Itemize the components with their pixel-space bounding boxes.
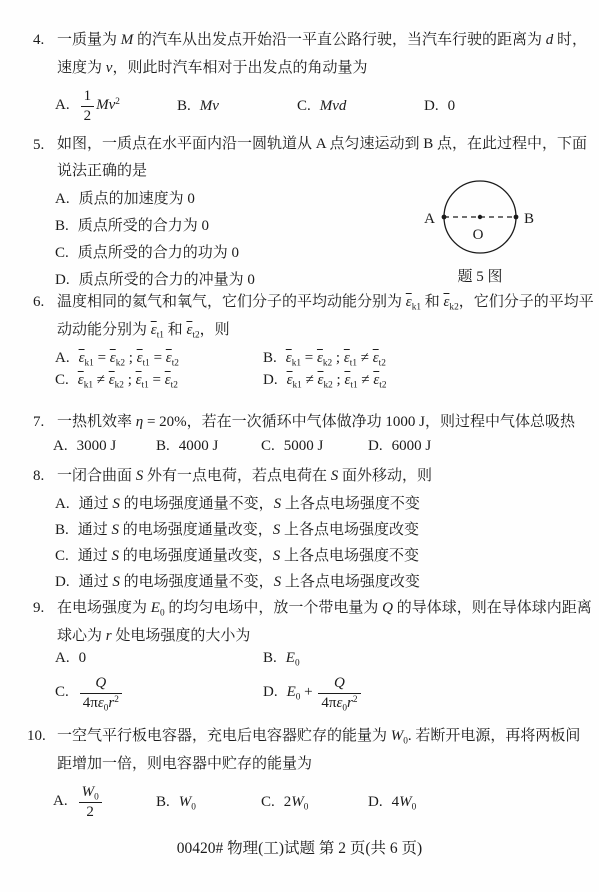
option-label: D. bbox=[263, 684, 278, 700]
page-footer: 00420# 物理(工)试题 第 2 页(共 6 页) bbox=[0, 836, 599, 858]
question-stem: 一空气平行板电容器，充电后电容器贮存的能量为 W0. 若断开电源，再将两板间 距… bbox=[57, 722, 571, 778]
stem-line: 一热机效率 η = 20%，若在一次循环中气体做净功 1000 J，则过程中气体… bbox=[57, 408, 571, 436]
question-stem: 一闭合曲面 S 外有一点电荷，若点电荷在 S 面外移动，则 bbox=[57, 462, 571, 490]
option-value: εk1 = εk2 ; εt1 = εt2 bbox=[79, 350, 179, 366]
option-c: C.Q4πε0r2 bbox=[55, 675, 263, 711]
option-label: A. bbox=[55, 350, 70, 366]
option-label: C. bbox=[55, 245, 69, 261]
option-label: A. bbox=[53, 793, 68, 809]
option-b: B.Mv bbox=[177, 98, 297, 115]
question-stem: 在电场强度为 E0 的均匀电场中，放一个带电量为 Q 的导体球，则在导体球内距离… bbox=[57, 594, 571, 650]
question-stem: 一热机效率 η = 20%，若在一次循环中气体做净功 1000 J，则过程中气体… bbox=[57, 408, 571, 436]
center-o-dot bbox=[478, 215, 482, 219]
option-value: 5000 J bbox=[284, 438, 324, 454]
option-label: D. bbox=[263, 372, 278, 388]
option-value: 通过 S 的电场强度通量改变，S 上各点电场强度改变 bbox=[78, 522, 419, 538]
option-label: B. bbox=[263, 350, 277, 366]
stem-line: 球心为 r 处电场强度的大小为 bbox=[57, 622, 571, 650]
option-label: B. bbox=[55, 522, 69, 538]
option-label: A. bbox=[55, 650, 70, 666]
options-row: A.12Mv2 B.Mv C.Mvd D.0 bbox=[55, 84, 599, 128]
stem-line: 一质量为 M 的汽车从出发点开始沿一平直公路行驶，当汽车行驶的距离为 d 时， bbox=[57, 26, 571, 54]
options-row: C.εk1 ≠ εk2 ; εt1 = εt2 D.εk1 ≠ εk2 ; εt… bbox=[55, 372, 599, 389]
option-c: C.2W0 bbox=[261, 794, 368, 811]
option-label: B. bbox=[55, 218, 69, 234]
option-value: Mv bbox=[200, 98, 219, 114]
option-value: 4W0 bbox=[392, 794, 417, 810]
option-value: εk1 = εk2 ; εt1 ≠ εt2 bbox=[286, 350, 386, 366]
exam-page: 4. 一质量为 M 的汽车从出发点开始沿一平直公路行驶，当汽车行驶的距离为 d … bbox=[0, 0, 599, 892]
option-value: 质点所受的合力为 0 bbox=[78, 218, 209, 234]
stem-line: 在电场强度为 E0 的均匀电场中，放一个带电量为 Q 的导体球，则在导体球内距离 bbox=[57, 594, 571, 622]
question-4: 4. 一质量为 M 的汽车从出发点开始沿一平直公路行驶，当汽车行驶的距离为 d … bbox=[0, 26, 599, 128]
option-d: D.4W0 bbox=[368, 794, 416, 811]
question-number: 9. bbox=[33, 594, 44, 622]
option-label: A. bbox=[55, 97, 70, 113]
option-a: A.12Mv2 bbox=[55, 88, 177, 124]
option-label: A. bbox=[55, 496, 70, 512]
option-a: A.0 bbox=[55, 650, 263, 667]
option-label: C. bbox=[55, 548, 69, 564]
option-a: A.W02 bbox=[53, 784, 156, 820]
option-label: D. bbox=[368, 794, 383, 810]
option-value: 6000 J bbox=[392, 438, 432, 454]
option-a: A.3000 J bbox=[53, 438, 156, 455]
option-label: A. bbox=[55, 191, 70, 207]
question-6: 6. 温度相同的氦气和氧气，它们分子的平均动能分别为 εk1 和 εk2，它们分… bbox=[0, 288, 599, 389]
option-label: C. bbox=[297, 98, 311, 114]
option-label: B. bbox=[263, 650, 277, 666]
option-label: D. bbox=[424, 98, 439, 114]
point-a-label: A bbox=[424, 211, 435, 227]
option-value: 3000 J bbox=[77, 438, 117, 454]
stem-line: 速度为 v，则此时汽车相对于出发点的角动量为 bbox=[57, 54, 571, 82]
stem-line: 距增加一倍，则电容器中贮存的能量为 bbox=[57, 750, 571, 778]
point-b-dot bbox=[514, 215, 519, 220]
question-8: 8. 一闭合曲面 S 外有一点电荷，若点电荷在 S 面外移动，则 A.通过 S … bbox=[0, 462, 599, 595]
option-b: B.E0 bbox=[263, 650, 300, 667]
question-stem: 温度相同的氦气和氧气，它们分子的平均动能分别为 εk1 和 εk2，它们分子的平… bbox=[57, 288, 571, 344]
options-list: A.通过 S 的电场强度通量不变，S 上各点电场强度不变 B.通过 S 的电场强… bbox=[55, 491, 599, 595]
option-label: D. bbox=[368, 438, 383, 454]
figure-caption: 题 5 图 bbox=[405, 268, 555, 286]
option-c: C.通过 S 的电场强度通量改变，S 上各点电场强度不变 bbox=[55, 543, 599, 569]
stem-line: 如图，一质点在水平面内沿一圆轨道从 A 点匀速运动到 B 点，在此过程中，下面 bbox=[57, 131, 571, 158]
option-a: A.εk1 = εk2 ; εt1 = εt2 bbox=[55, 350, 263, 367]
option-value: εk1 ≠ εk2 ; εt1 = εt2 bbox=[78, 372, 178, 388]
option-label: D. bbox=[55, 272, 70, 288]
option-value: 通过 S 的电场强度通量改变，S 上各点电场强度不变 bbox=[78, 548, 419, 564]
option-value: 4000 J bbox=[179, 438, 219, 454]
option-value: 质点所受的合力的功为 0 bbox=[78, 245, 239, 261]
option-value: E0 bbox=[286, 650, 300, 666]
options-row: A.3000 J B.4000 J C.5000 J D.6000 J bbox=[53, 438, 599, 455]
stem-line: 一闭合曲面 S 外有一点电荷，若点电荷在 S 面外移动，则 bbox=[57, 462, 571, 490]
option-value: εk1 ≠ εk2 ; εt1 ≠ εt2 bbox=[287, 372, 387, 388]
option-label: B. bbox=[177, 98, 191, 114]
option-value: 质点的加速度为 0 bbox=[79, 191, 195, 207]
question-number: 4. bbox=[33, 26, 44, 54]
question-5-figure: A B O 题 5 图 bbox=[405, 163, 555, 286]
option-value: 质点所受的合力的冲量为 0 bbox=[79, 272, 255, 288]
option-c: C.5000 J bbox=[261, 438, 368, 455]
option-value: Q4πε0r2 bbox=[78, 684, 124, 700]
question-9: 9. 在电场强度为 E0 的均匀电场中，放一个带电量为 Q 的导体球，则在导体球… bbox=[0, 594, 599, 715]
option-label: B. bbox=[156, 438, 170, 454]
option-b: B.通过 S 的电场强度通量改变，S 上各点电场强度改变 bbox=[55, 517, 599, 543]
option-c: C.εk1 ≠ εk2 ; εt1 = εt2 bbox=[55, 372, 263, 389]
stem-line: 动动能分别为 εt1 和 εt2，则 bbox=[57, 316, 571, 344]
option-label: C. bbox=[55, 372, 69, 388]
option-value: 通过 S 的电场强度通量不变，S 上各点电场强度不变 bbox=[79, 496, 420, 512]
options-row: A.0 B.E0 bbox=[55, 650, 599, 667]
option-d: D.0 bbox=[424, 98, 455, 115]
option-b: B.W0 bbox=[156, 794, 261, 811]
question-number: 10. bbox=[27, 722, 46, 750]
stem-line: 一空气平行板电容器，充电后电容器贮存的能量为 W0. 若断开电源，再将两板间 bbox=[57, 722, 571, 750]
question-number: 6. bbox=[33, 288, 44, 316]
option-a: A.通过 S 的电场强度通量不变，S 上各点电场强度不变 bbox=[55, 491, 599, 517]
question-number: 7. bbox=[33, 408, 44, 436]
question-stem: 一质量为 M 的汽车从出发点开始沿一平直公路行驶，当汽车行驶的距离为 d 时， … bbox=[57, 26, 571, 82]
question-10: 10. 一空气平行板电容器，充电后电容器贮存的能量为 W0. 若断开电源，再将两… bbox=[0, 722, 599, 824]
center-o-label: O bbox=[473, 227, 484, 243]
options-row: A.εk1 = εk2 ; εt1 = εt2 B.εk1 = εk2 ; εt… bbox=[55, 350, 599, 367]
option-b: B.4000 J bbox=[156, 438, 261, 455]
option-b: B.εk1 = εk2 ; εt1 ≠ εt2 bbox=[263, 350, 386, 367]
option-label: B. bbox=[156, 794, 170, 810]
option-label: D. bbox=[55, 574, 70, 590]
option-value: W0 bbox=[179, 794, 196, 810]
question-number: 8. bbox=[33, 462, 44, 490]
question-7: 7. 一热机效率 η = 20%，若在一次循环中气体做净功 1000 J，则过程… bbox=[0, 408, 599, 455]
option-c: C.Mvd bbox=[297, 98, 424, 115]
point-a-dot bbox=[442, 215, 447, 220]
options-row: A.W02 B.W0 C.2W0 D.4W0 bbox=[53, 780, 599, 824]
stem-line: 温度相同的氦气和氧气，它们分子的平均动能分别为 εk1 和 εk2，它们分子的平… bbox=[57, 288, 571, 316]
option-value: W02 bbox=[77, 793, 104, 809]
circle-diagram: A B O bbox=[405, 163, 555, 267]
options-row: C.Q4πε0r2 D.E0 + Q4πε0r2 bbox=[55, 671, 599, 715]
option-value: 2W0 bbox=[284, 794, 309, 810]
point-b-label: B bbox=[524, 211, 534, 227]
option-value: Mvd bbox=[320, 98, 347, 114]
option-value: 0 bbox=[79, 650, 87, 666]
option-label: C. bbox=[261, 438, 275, 454]
option-value: 0 bbox=[448, 98, 456, 114]
option-value: E0 + Q4πε0r2 bbox=[287, 684, 363, 700]
option-value: 通过 S 的电场强度通量不变，S 上各点电场强度改变 bbox=[79, 574, 420, 590]
option-d: D.通过 S 的电场强度通量不变，S 上各点电场强度改变 bbox=[55, 569, 599, 595]
option-d: D.6000 J bbox=[368, 438, 431, 455]
option-label: C. bbox=[261, 794, 275, 810]
question-number: 5. bbox=[33, 131, 44, 159]
option-value: 12Mv2 bbox=[79, 97, 120, 113]
option-d: D.E0 + Q4πε0r2 bbox=[263, 675, 363, 711]
option-label: C. bbox=[55, 684, 69, 700]
option-d: D.εk1 ≠ εk2 ; εt1 ≠ εt2 bbox=[263, 372, 386, 389]
option-label: A. bbox=[53, 438, 68, 454]
